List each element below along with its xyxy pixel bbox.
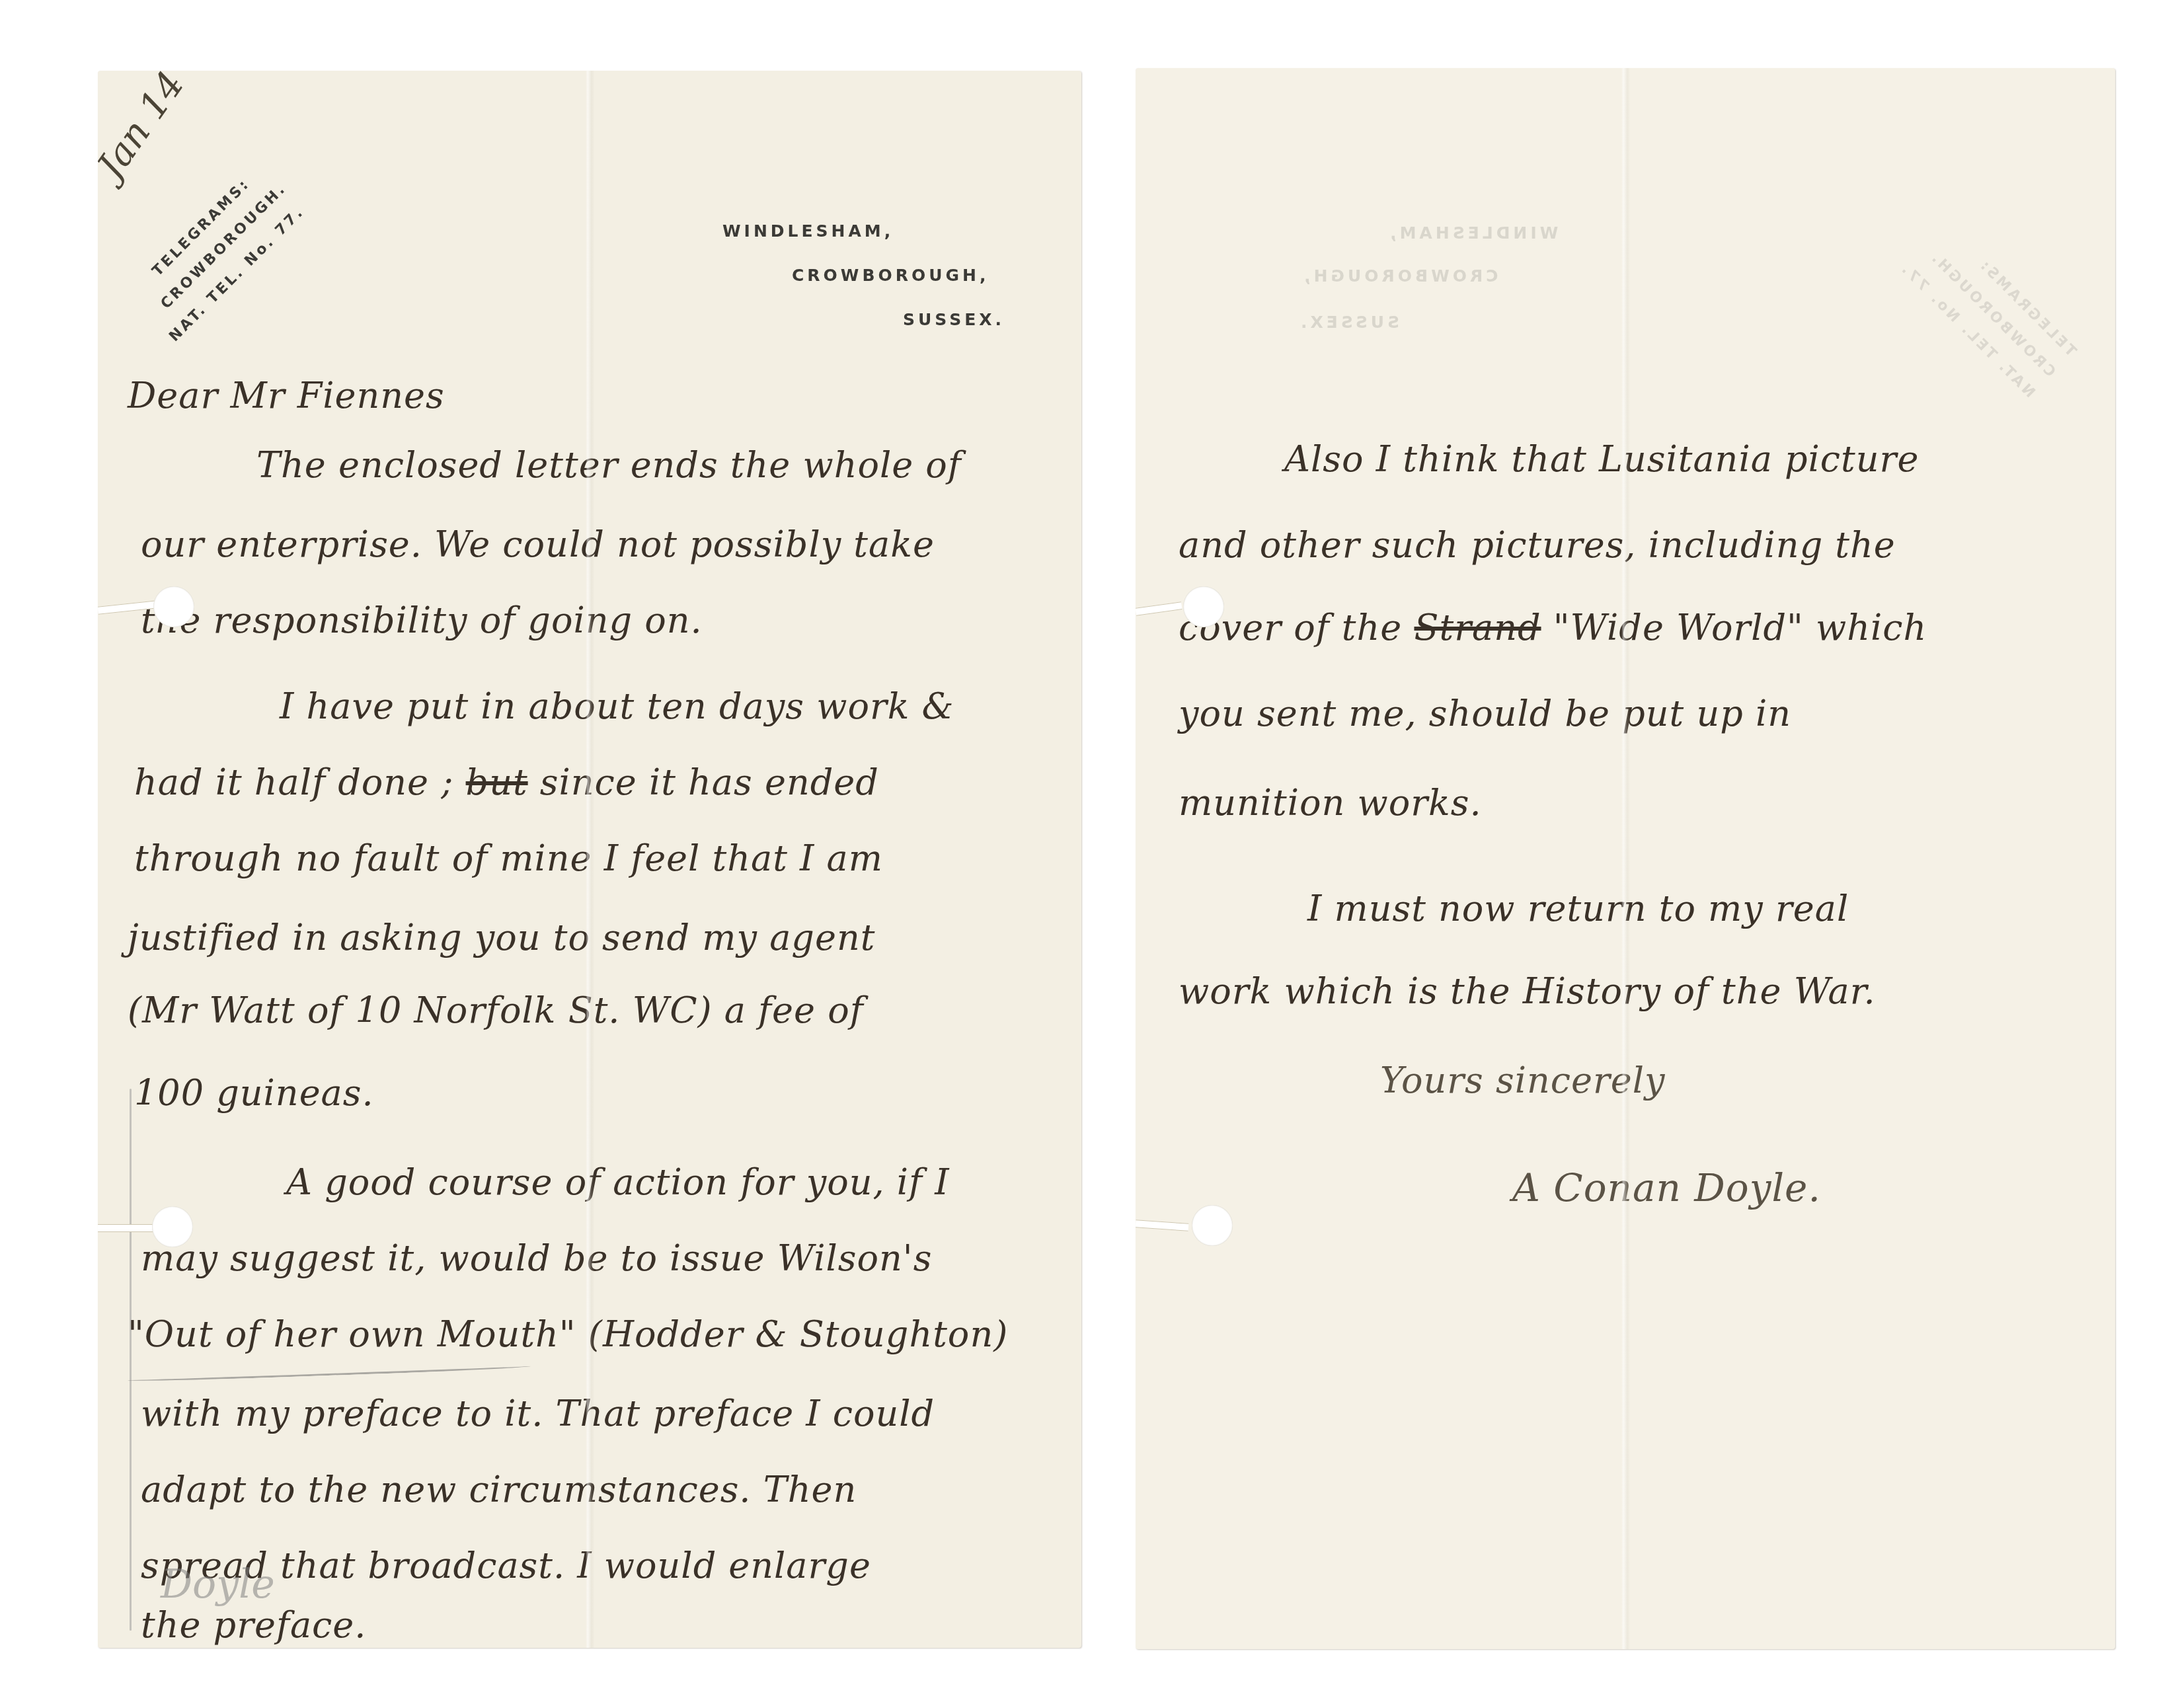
struck-out-word: but bbox=[466, 761, 528, 803]
letter-line: had it half done ; but since it has ende… bbox=[134, 761, 879, 803]
date-annotation: Jan 14 bbox=[98, 71, 193, 186]
closing: Yours sincerely bbox=[1380, 1060, 1665, 1101]
letter-line: our enterprise. We could not possibly ta… bbox=[141, 524, 935, 565]
pencil-annotation: Doyle bbox=[161, 1561, 275, 1608]
letterhead-address-line-2: CROWBOROUGH, bbox=[792, 266, 989, 285]
torn-slit bbox=[1136, 1220, 1188, 1231]
letter-page-1: Jan 14 TELEGRAMS: CROWBOROUGH. NAT. TEL.… bbox=[98, 71, 1081, 1648]
letter-line: 100 guineas. bbox=[134, 1072, 374, 1114]
letter-line: "Out of her own Mouth" (Hodder & Stought… bbox=[128, 1313, 1008, 1355]
letter-line: cover of the Strand "Wide World" which bbox=[1179, 607, 1927, 648]
show-through-address-2: CROWBOROUGH, bbox=[1301, 266, 1498, 286]
letter-line: I have put in about ten days work & bbox=[280, 685, 954, 727]
letterhead-address-line-1: WINDLESHAM, bbox=[722, 221, 894, 241]
torn-slit bbox=[1136, 602, 1182, 616]
torn-slit bbox=[98, 1224, 157, 1232]
letter-line: with my preface to it. That preface I co… bbox=[141, 1393, 935, 1434]
pencil-underline bbox=[128, 1362, 531, 1382]
letter-text: "Wide World" which bbox=[1553, 607, 1927, 648]
letter-line: (Mr Watt of 10 Norfolk St. WC) a fee of bbox=[128, 990, 864, 1031]
letter-text: had it half done ; bbox=[134, 761, 453, 803]
punch-hole bbox=[153, 586, 194, 627]
letterhead-address-line-3: SUSSEX. bbox=[903, 310, 1005, 329]
letter-line: Also I think that Lusitania picture bbox=[1284, 438, 1919, 480]
struck-out-word: Strand bbox=[1414, 607, 1541, 648]
letter-line: justified in asking you to send my agent bbox=[128, 917, 875, 958]
letter-line: may suggest it, would be to issue Wilson… bbox=[141, 1237, 932, 1279]
letter-page-2: WINDLESHAM, CROWBOROUGH, SUSSEX. TELEGRA… bbox=[1136, 68, 2115, 1649]
letter-line: through no fault of mine I feel that I a… bbox=[134, 837, 883, 879]
telegram-letterhead: TELEGRAMS: CROWBOROUGH. NAT. TEL. No. 77… bbox=[121, 155, 315, 350]
punch-hole bbox=[1183, 586, 1224, 627]
letter-line: A good course of action for you, if I bbox=[286, 1161, 950, 1203]
letter-line: The enclosed letter ends the whole of bbox=[256, 444, 962, 486]
letter-line: and other such pictures, including the bbox=[1179, 524, 1896, 566]
pencil-margin-line bbox=[130, 1089, 132, 1631]
punch-hole bbox=[152, 1206, 193, 1247]
show-through-address-3: SUSSEX. bbox=[1298, 313, 1399, 332]
letter-line: work which is the History of the War. bbox=[1179, 970, 1876, 1012]
show-through-address-1: WINDLESHAM, bbox=[1387, 223, 1558, 243]
letter-line: adapt to the new circumstances. Then bbox=[141, 1469, 857, 1510]
signature: A Conan Doyle. bbox=[1512, 1165, 1821, 1210]
letter-text: since it has ended bbox=[540, 761, 879, 803]
punch-hole bbox=[1192, 1205, 1233, 1246]
letter-line: the preface. bbox=[141, 1604, 366, 1646]
letter-line: munition works. bbox=[1179, 782, 1482, 824]
letter-line: you sent me, should be put up in bbox=[1179, 693, 1791, 734]
letter-line: the responsibility of going on. bbox=[141, 600, 703, 641]
show-through-telegrams: TELEGRAMS: CROWBOROUGH. NAT. TEL. No. 77… bbox=[1892, 214, 2083, 406]
salutation: Dear Mr Fiennes bbox=[128, 375, 445, 416]
letter-line: I must now return to my real bbox=[1307, 888, 1849, 929]
